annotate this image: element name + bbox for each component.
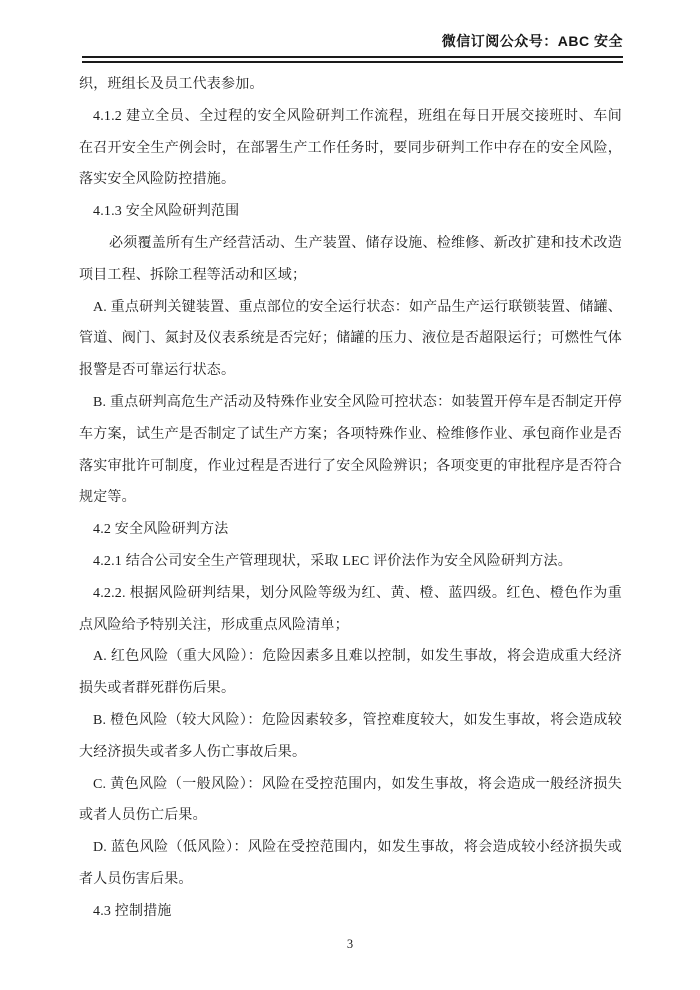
header-divider-rule <box>82 56 623 63</box>
paragraph: 4.2.1 结合公司安全生产管理现状，采取 LEC 评价法作为安全风险研判方法。 <box>79 546 622 578</box>
paragraph: D. 蓝色风险（低风险）：风险在受控范围内，如发生事故，将会造成较小经济损失或者… <box>79 832 622 896</box>
paragraph: 4.3 控制措施 <box>79 896 622 928</box>
document-body: 织，班组长及员工代表参加。4.1.2 建立全员、全过程的安全风险研判工作流程，班… <box>79 69 622 928</box>
paragraph: B. 橙色风险（较大风险）：危险因素较多，管控难度较大，如发生事故，将会造成较大… <box>79 705 622 769</box>
paragraph: A. 重点研判关键装置、重点部位的安全运行状态：如产品生产运行联锁装置、储罐、管… <box>79 292 622 387</box>
paragraph: 必须覆盖所有生产经营活动、生产装置、储存设施、检维修、新改扩建和技术改造项目工程… <box>79 228 622 292</box>
paragraph: C. 黄色风险（一般风险）：风险在受控范围内，如发生事故，将会造成一般经济损失或… <box>79 769 622 833</box>
page-number: 3 <box>0 937 700 952</box>
header-publisher-label: 微信订阅公众号：ABC 安全 <box>79 31 623 51</box>
document-page: 微信订阅公众号：ABC 安全 织，班组长及员工代表参加。4.1.2 建立全员、全… <box>0 0 700 990</box>
paragraph: 织，班组长及员工代表参加。 <box>79 69 622 101</box>
paragraph: A. 红色风险（重大风险）：危险因素多且难以控制，如发生事故，将会造成重大经济损… <box>79 641 622 705</box>
paragraph: 4.1.3 安全风险研判范围 <box>79 196 622 228</box>
paragraph: 4.2 安全风险研判方法 <box>79 514 622 546</box>
paragraph: 4.1.2 建立全员、全过程的安全风险研判工作流程，班组在每日开展交接班时、车间… <box>79 101 622 196</box>
paragraph: 4.2.2. 根据风险研判结果，划分风险等级为红、黄、橙、蓝四级。红色、橙色作为… <box>79 578 622 642</box>
paragraph: B. 重点研判高危生产活动及特殊作业安全风险可控状态：如装置开停车是否制定开停车… <box>79 387 622 514</box>
